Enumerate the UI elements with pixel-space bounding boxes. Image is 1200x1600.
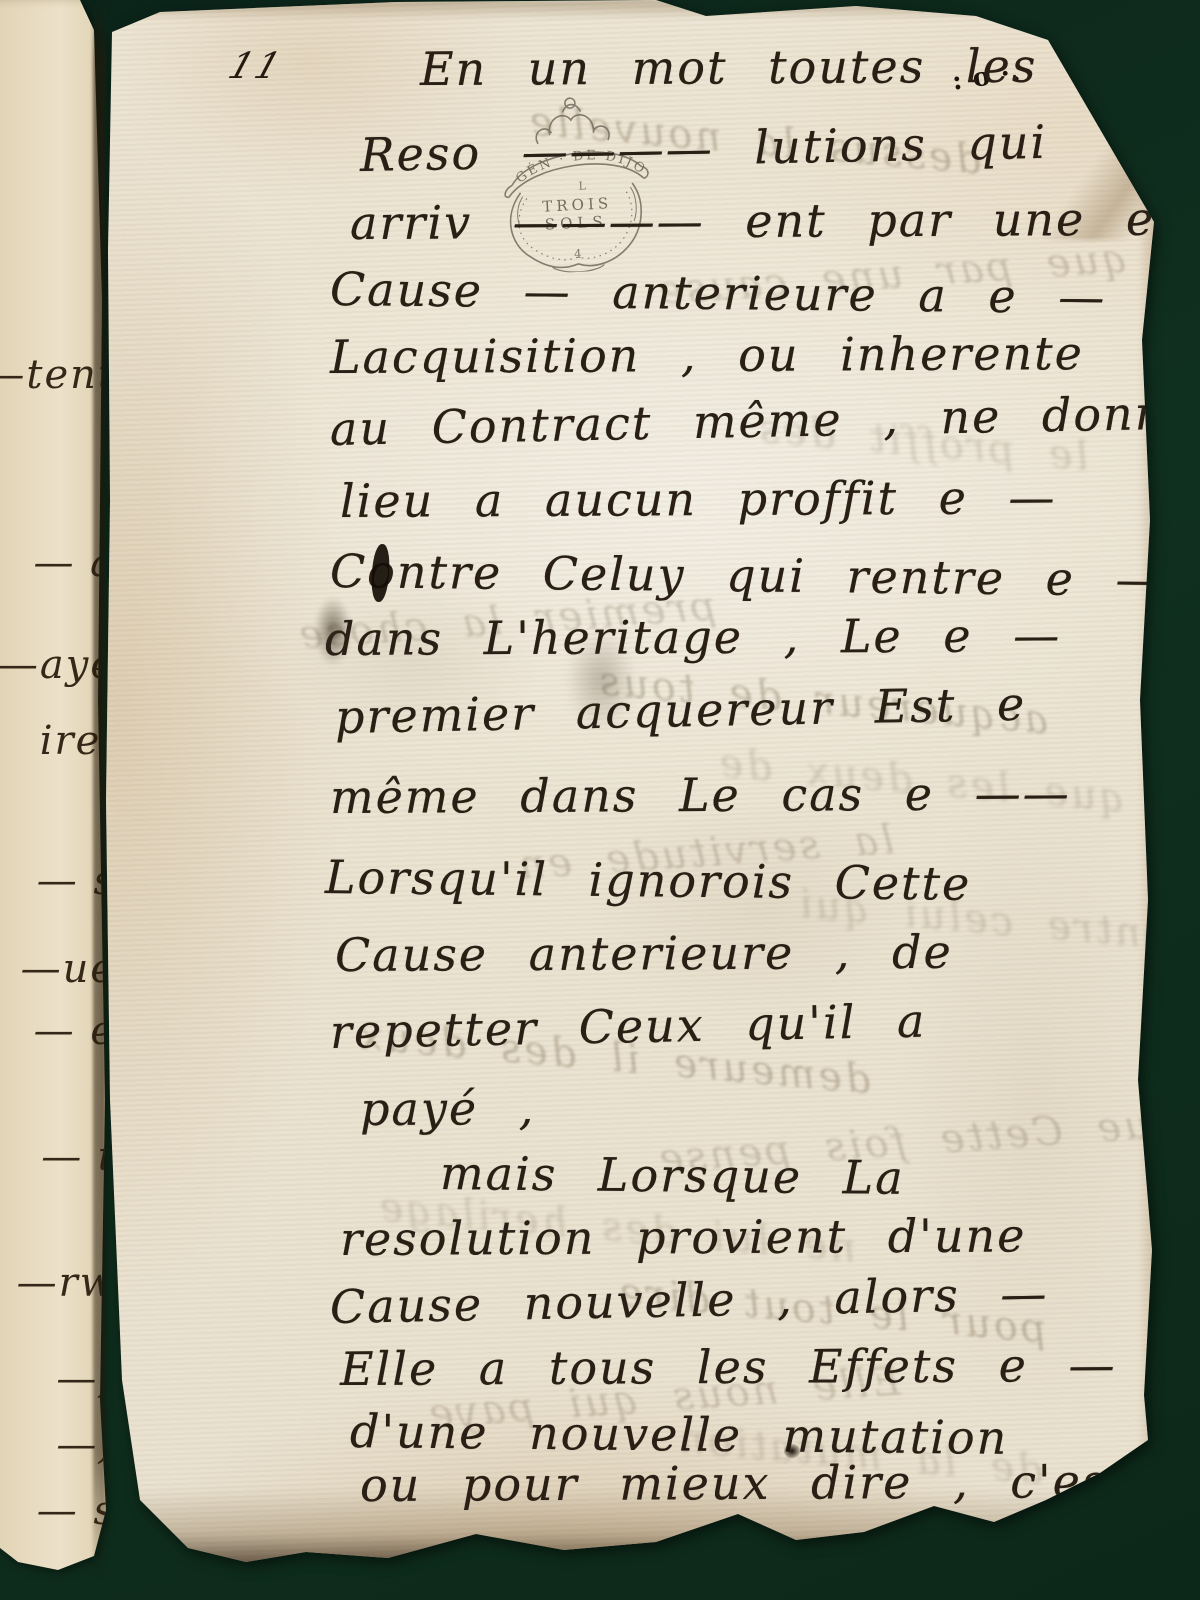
manuscript-line: Lorsqu'il ignorois Cette [325,850,972,911]
manuscript-line: Lacquisition , ou inherente [330,326,1084,384]
manuscript-line: Elle a tous les Effets e — [340,1338,1117,1396]
manuscript-line: Cause — anterieure a e — [330,262,1107,324]
ink-smudge [314,596,352,666]
manuscript-line: mais Lorsque La [440,1146,905,1205]
manuscript-line: lieu a aucun proffit e — [340,470,1057,528]
manuscript-line: Cause anterieure , de [335,925,953,982]
page-number: 11 [223,46,288,87]
ink-spot [784,1444,800,1458]
stamp-base-mark: 4 [574,247,583,261]
manuscript-line: payé , [360,1081,536,1136]
photo-background: ſ —tent — a —aye ire, — s —ue — e — t —r… [0,0,1200,1600]
stamp-ornament-letter: L [578,179,587,192]
manuscript-line: même dans Le cas e —— [330,766,1071,824]
manuscript-line: En un mot toutes les [420,39,1038,96]
manuscript-line: ou pour mieux dire , c'est [360,1454,1128,1512]
manuscript-line: premier acquereur Est e [334,677,1026,744]
manuscript-line: resolution provient d'une [340,1208,1027,1266]
manuscript-line: Contre Celuy qui rentre e — [330,544,1164,607]
manuscript-line: arriv ———— ent par une e [350,192,1155,250]
manuscript-page: dessus la nouvelle que par une cause le … [96,0,1164,1572]
manuscript-line: repetter Ceux qu'il a [329,994,926,1059]
manuscript-line: dans L'heritage , Le e — [325,608,1061,666]
manuscript-page-wrap: dessus la nouvelle que par une cause le … [0,0,1200,1600]
page-top-edge-shade [96,0,1164,20]
page-right-edge-shade [1138,180,1164,1482]
